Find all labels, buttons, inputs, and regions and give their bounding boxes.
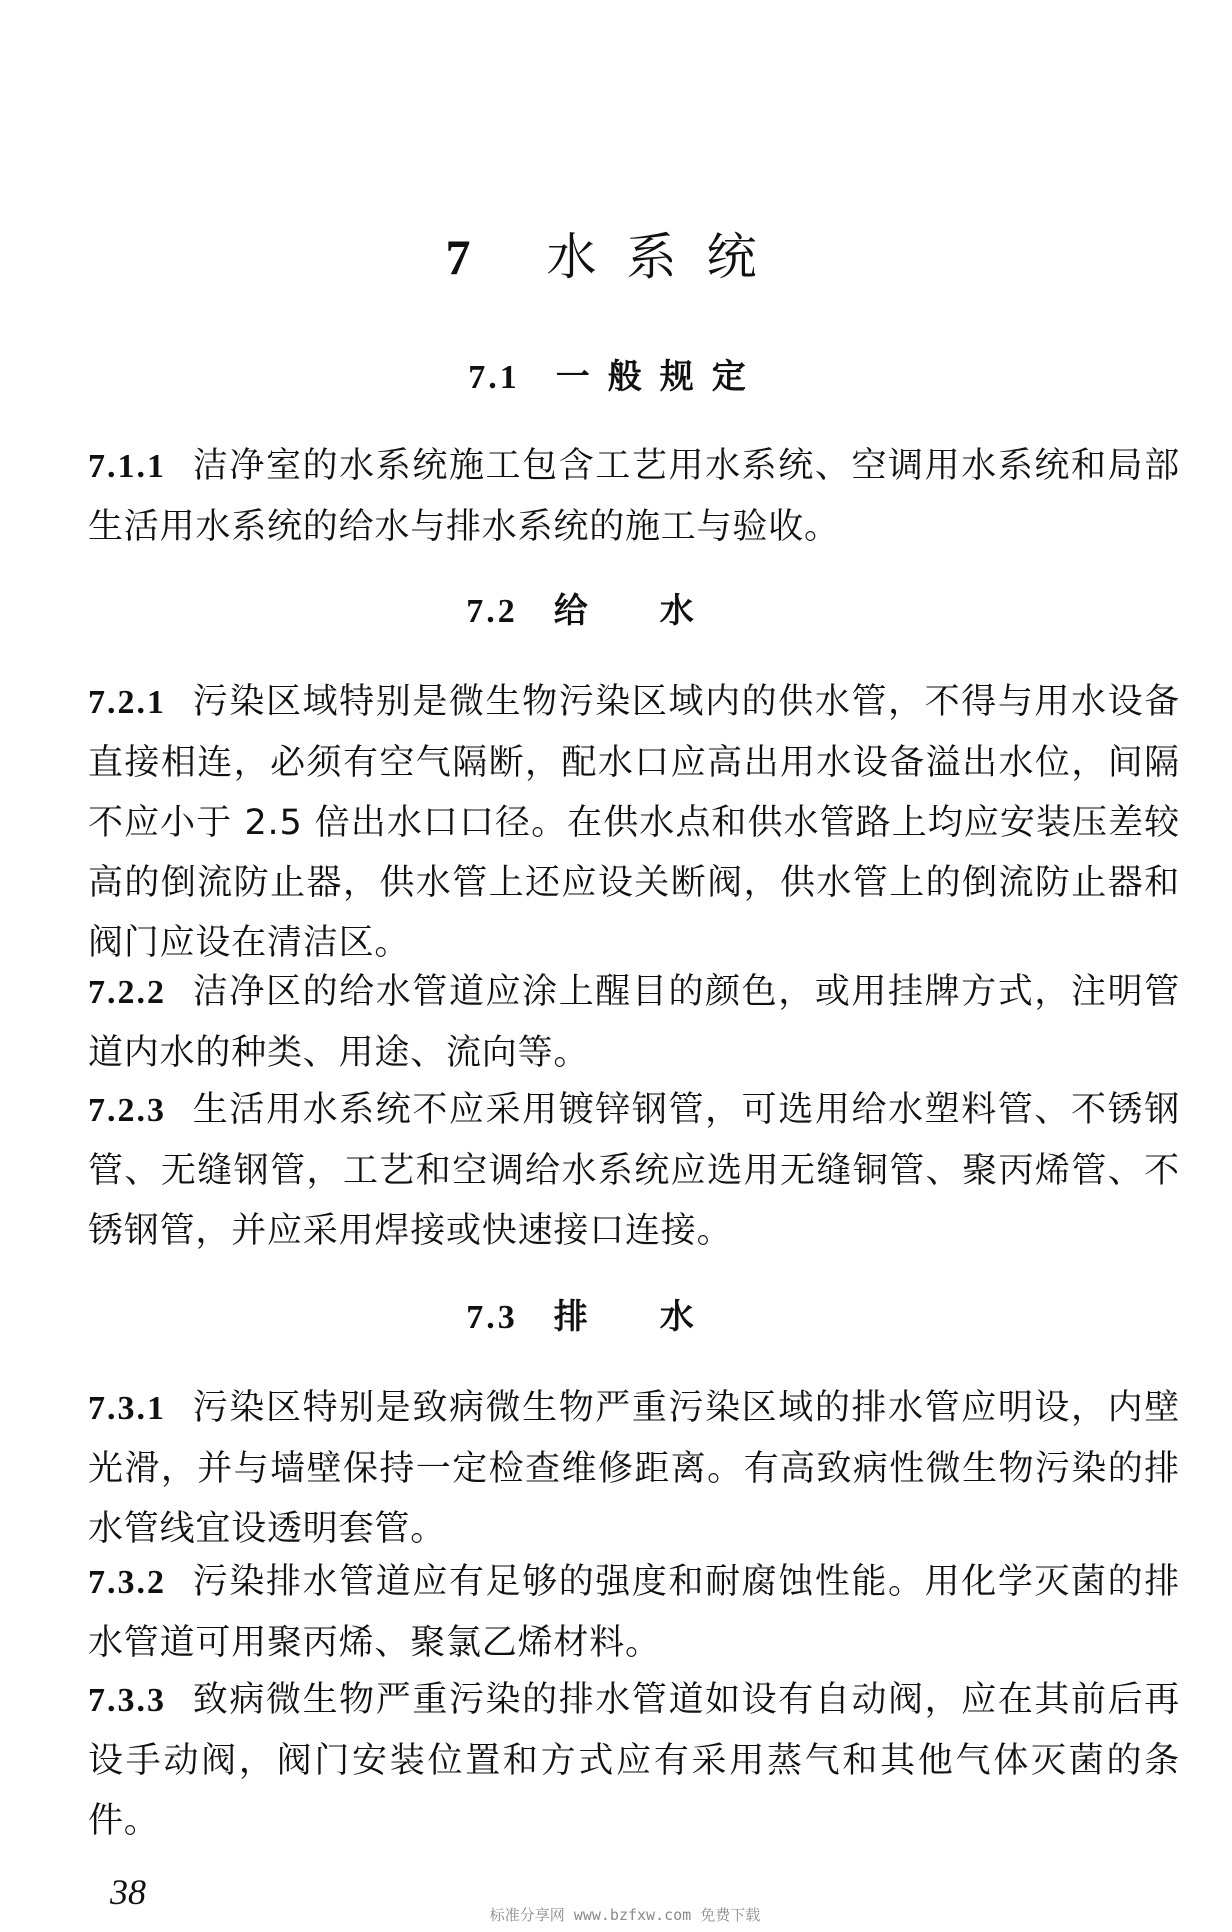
clause-7-2-2: 7.2.2洁净区的给水管道应涂上醒目的颜色，或用挂牌方式，注明管道内水的种类、用…: [88, 962, 1180, 1083]
section-number: 7.3: [466, 1299, 518, 1336]
clause-text: 致病微生物严重污染的排水管道如设有自动阀，应在其前后再设手动阀，阀门安装位置和方…: [88, 1680, 1180, 1841]
clause-text: 污染排水管道应有足够的强度和耐腐蚀性能。用化学灭菌的排水管道可用聚丙烯、聚氯乙烯…: [88, 1562, 1180, 1663]
chapter-title: 7 水系统: [0, 222, 1232, 292]
section-name: 排水: [554, 1297, 766, 1337]
clause-text: 生活用水系统不应采用镀锌钢管，可选用给水塑料管、不锈钢管、无缝钢管，工艺和空调给…: [88, 1090, 1180, 1251]
clause-7-3-2: 7.3.2污染排水管道应有足够的强度和耐腐蚀性能。用化学灭菌的排水管道可用聚丙烯…: [88, 1552, 1180, 1673]
section-number: 7.1: [468, 359, 520, 396]
clause-number: 7.2.3: [88, 1092, 166, 1129]
section-title-7-1: 7.1一般规定: [0, 352, 1232, 403]
section-number: 7.2: [466, 593, 518, 630]
clause-number: 7.3.1: [88, 1390, 166, 1427]
clause-number: 7.2.2: [88, 974, 166, 1011]
clause-text: 洁净室的水系统施工包含工艺用水系统、空调用水系统和局部生活用水系统的给水与排水系…: [88, 446, 1180, 547]
document-page: 7 水系统 7.1一般规定 7.1.1洁净室的水系统施工包含工艺用水系统、空调用…: [0, 0, 1232, 1932]
chapter-number: 7: [446, 229, 501, 285]
watermark-text: 标准分享网 www.bzfxw.com 免费下载: [0, 1905, 1232, 1925]
clause-number: 7.1.1: [88, 448, 166, 485]
clause-text: 污染区域特别是微生物污染区域内的供水管，不得与用水设备直接相连，必须有空气隔断，…: [88, 682, 1180, 963]
clause-text: 洁净区的给水管道应涂上醒目的颜色，或用挂牌方式，注明管道内水的种类、用途、流向等…: [88, 972, 1180, 1073]
clause-number: 7.2.1: [88, 684, 166, 721]
section-title-7-2: 7.2给水: [0, 586, 1232, 637]
section-name: 给水: [554, 591, 766, 631]
clause-7-1-1: 7.1.1洁净室的水系统施工包含工艺用水系统、空调用水系统和局部生活用水系统的给…: [88, 436, 1180, 557]
section-name: 一般规定: [556, 357, 764, 397]
clause-7-3-3: 7.3.3致病微生物严重污染的排水管道如设有自动阀，应在其前后再设手动阀，阀门安…: [88, 1670, 1180, 1851]
clause-text: 污染区特别是致病微生物严重污染区域的排水管应明设，内壁光滑，并与墙壁保持一定检查…: [88, 1388, 1180, 1549]
clause-7-3-1: 7.3.1污染区特别是致病微生物严重污染区域的排水管应明设，内壁光滑，并与墙壁保…: [88, 1378, 1180, 1559]
chapter-name: 水系统: [546, 228, 786, 286]
clause-7-2-3: 7.2.3生活用水系统不应采用镀锌钢管，可选用给水塑料管、不锈钢管、无缝钢管，工…: [88, 1080, 1180, 1261]
clause-number: 7.3.2: [88, 1564, 166, 1601]
clause-7-2-1: 7.2.1污染区域特别是微生物污染区域内的供水管，不得与用水设备直接相连，必须有…: [88, 672, 1180, 973]
clause-number: 7.3.3: [88, 1682, 166, 1719]
section-title-7-3: 7.3排水: [0, 1292, 1232, 1343]
